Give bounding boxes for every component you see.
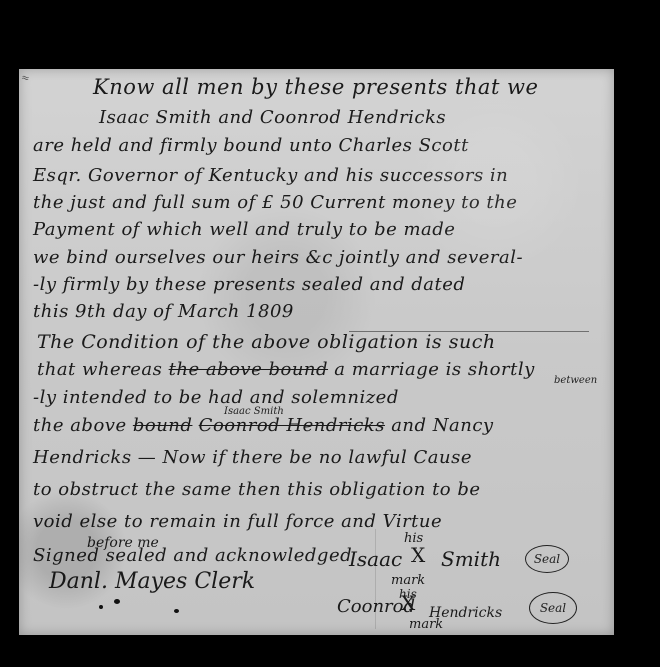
isaac-seal: Seal — [525, 545, 569, 573]
condition-line-3: -ly intended to be had and solemnized — [33, 387, 399, 408]
struck-bound: bound — [133, 415, 193, 436]
body-line-8: -ly firmly by these presents sealed and … — [33, 274, 465, 295]
ink-blot — [114, 599, 120, 604]
struck-coonrod-hendricks: Coonrod Hendricks — [199, 415, 385, 436]
isaac-last-name: Smith — [441, 547, 501, 571]
condition-line-1: The Condition of the above obligation is… — [37, 331, 496, 353]
condition-and-nancy: and Nancy — [391, 415, 493, 436]
condition-line-4: the above bound Coonrod Hendricks and Na… — [33, 415, 494, 436]
body-line-6: Payment of which well and truly to be ma… — [33, 219, 455, 240]
paper-fold — [375, 529, 376, 629]
condition-line-2: that whereas the above bound a marriage … — [37, 359, 535, 380]
witness-label: before me — [87, 535, 159, 551]
coonrod-mark-x: X — [401, 591, 415, 615]
condition-line-7: void else to remain in full force and Vi… — [33, 511, 442, 532]
body-line-5: the just and full sum of £ 50 Current mo… — [33, 192, 517, 213]
ink-blot — [99, 605, 103, 609]
ink-blot — [174, 609, 179, 613]
condition-line-6: to obstruct the same then this obligatio… — [33, 479, 481, 500]
coonrod-seal: Seal — [529, 592, 577, 624]
body-line-1: Know all men by these presents that we — [93, 75, 538, 99]
body-line-2: Isaac Smith and Coonrod Hendricks — [99, 107, 446, 128]
isaac-mark-label: mark — [391, 573, 425, 588]
condition-whereas: that whereas — [37, 359, 162, 380]
struck-the-above-bound: the above bound — [169, 359, 328, 380]
isaac-mark-x: X — [411, 543, 425, 567]
condition-line-5: Hendricks — Now if there be no lawful Ca… — [33, 447, 472, 468]
document-page: ≈ Know all men by these presents that we… — [19, 69, 614, 635]
body-line-7: we bind ourselves our heirs &c jointly a… — [33, 247, 523, 268]
condition-line-8: Signed sealed and acknowledged — [33, 545, 352, 566]
condition-marriage: a marriage is shortly — [334, 359, 535, 380]
coonrod-mark-label: mark — [409, 617, 443, 632]
body-line-4: Esqr. Governor of Kentucky and his succe… — [33, 165, 508, 186]
margin-mark: ≈ — [20, 72, 31, 85]
condition-the-above: the above — [33, 415, 127, 436]
body-line-3: are held and firmly bound unto Charles S… — [33, 135, 469, 156]
witness-signature: Danl. Mayes Clerk — [49, 569, 255, 594]
interline-between: between — [554, 375, 597, 386]
body-line-9: this 9th day of March 1809 — [33, 301, 294, 322]
